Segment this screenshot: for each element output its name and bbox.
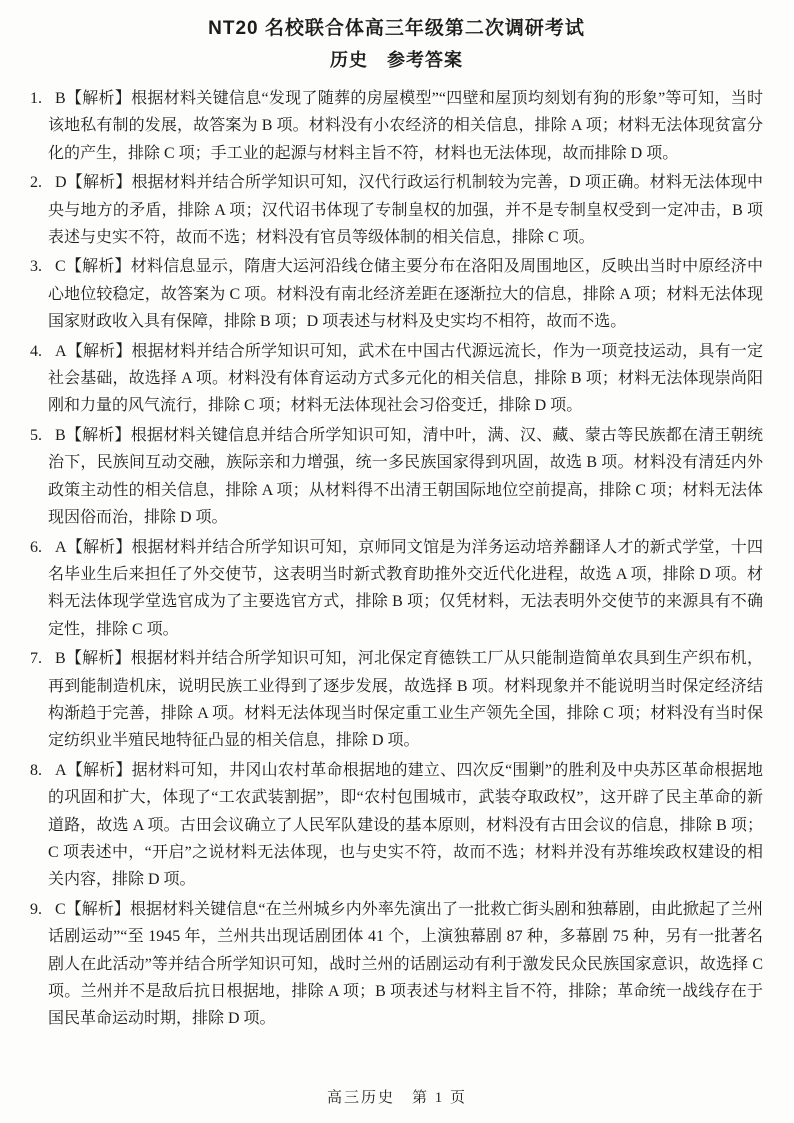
answer-explanation: 根据材料关键信息“在兰州城乡内外率先演出了一批救亡街头剧和独幕剧，由此掀起了兰州… [48, 901, 763, 1028]
answer-number: 1. [30, 85, 42, 112]
answer-letter: A [48, 762, 67, 779]
answer-item: 9.C【解析】根据材料关键信息“在兰州城乡内外率先演出了一批救亡街头剧和独幕剧，… [30, 896, 763, 1033]
answer-item: 4.A【解析】根据材料并结合所学知识可知，武术在中国古代源远流长，作为一项竞技运… [30, 338, 763, 420]
analysis-label: 【解析】 [66, 901, 130, 918]
answer-item: 8.A【解析】据材料可知，井冈山农村革命根据地的建立、四次反“围剿”的胜利及中央… [30, 757, 763, 894]
answer-number: 5. [30, 422, 42, 449]
analysis-label: 【解析】 [67, 762, 132, 779]
answer-letter: D [48, 174, 67, 191]
answer-explanation: 材料信息显示，隋唐大运河沿线仓储主要分布在洛阳及周围地区，反映出当时中原经济中心… [48, 258, 763, 330]
answer-letter: B [48, 427, 66, 444]
answer-letter: A [48, 539, 67, 556]
answer-explanation: 根据材料关键信息“发现了随葬的房屋模型”“四壁和屋顶均刻划有狗的形象”等可知，当… [48, 90, 763, 162]
answer-number: 8. [30, 757, 42, 784]
page-footer: 高三历史 第 1 页 [0, 1086, 794, 1107]
answer-explanation: 根据材料关键信息并结合所学知识可知，清中叶，满、汉、藏、蒙古等民族都在清王朝统治… [48, 427, 763, 526]
answer-item: 7.B【解析】根据材料并结合所学知识可知，河北保定育德铁工厂从只能制造简单农具到… [30, 645, 763, 755]
analysis-label: 【解析】 [67, 539, 132, 556]
answer-letter: B [48, 650, 66, 667]
answer-list: 1.B【解析】根据材料关键信息“发现了随葬的房屋模型”“四壁和屋顶均刻划有狗的形… [30, 85, 763, 1033]
answer-item: 1.B【解析】根据材料关键信息“发现了随葬的房屋模型”“四壁和屋顶均刻划有狗的形… [30, 85, 763, 167]
answer-explanation: 根据材料并结合所学知识可知，河北保定育德铁工厂从只能制造简单农具到生产织布机，再… [48, 650, 763, 749]
analysis-label: 【解析】 [66, 258, 131, 275]
answer-explanation: 根据材料并结合所学知识可知，汉代行政运行机制较为完善，D 项正确。材料无法体现中… [48, 174, 763, 246]
answer-explanation: 根据材料并结合所学知识可知，京师同文馆是为洋务运动培养翻译人才的新式学堂，十四名… [48, 539, 763, 638]
analysis-label: 【解析】 [67, 174, 132, 191]
answer-number: 2. [30, 169, 42, 196]
answer-number: 4. [30, 338, 42, 365]
answer-letter: B [48, 90, 66, 107]
answer-explanation: 据材料可知，井冈山农村革命根据地的建立、四次反“围剿”的胜利及中央苏区革命根据地… [48, 762, 763, 889]
answer-item: 2.D【解析】根据材料并结合所学知识可知，汉代行政运行机制较为完善，D 项正确。… [30, 169, 763, 251]
document-subtitle: 历史 参考答案 [30, 48, 763, 72]
analysis-label: 【解析】 [66, 427, 131, 444]
answer-explanation: 根据材料并结合所学知识可知，武术在中国古代源远流长，作为一项竞技运动，具有一定社… [48, 343, 763, 415]
analysis-label: 【解析】 [66, 90, 131, 107]
analysis-label: 【解析】 [67, 343, 132, 360]
document-page: NT20 名校联合体高三年级第二次调研考试 历史 参考答案 1.B【解析】根据材… [0, 0, 794, 1123]
answer-number: 3. [30, 253, 42, 280]
answer-letter: A [48, 343, 67, 360]
answer-item: 3.C【解析】材料信息显示，隋唐大运河沿线仓储主要分布在洛阳及周围地区，反映出当… [30, 253, 763, 335]
answer-letter: C [48, 901, 66, 918]
answer-number: 7. [30, 645, 42, 672]
answer-number: 9. [30, 896, 42, 923]
analysis-label: 【解析】 [66, 650, 131, 667]
answer-item: 6.A【解析】根据材料并结合所学知识可知，京师同文馆是为洋务运动培养翻译人才的新… [30, 534, 763, 644]
answer-item: 5.B【解析】根据材料关键信息并结合所学知识可知，清中叶，满、汉、藏、蒙古等民族… [30, 422, 763, 532]
answer-letter: C [48, 258, 66, 275]
document-title: NT20 名校联合体高三年级第二次调研考试 [30, 16, 763, 42]
answer-number: 6. [30, 534, 42, 561]
page-footer-text: 高三历史 第 1 页 [327, 1090, 467, 1106]
